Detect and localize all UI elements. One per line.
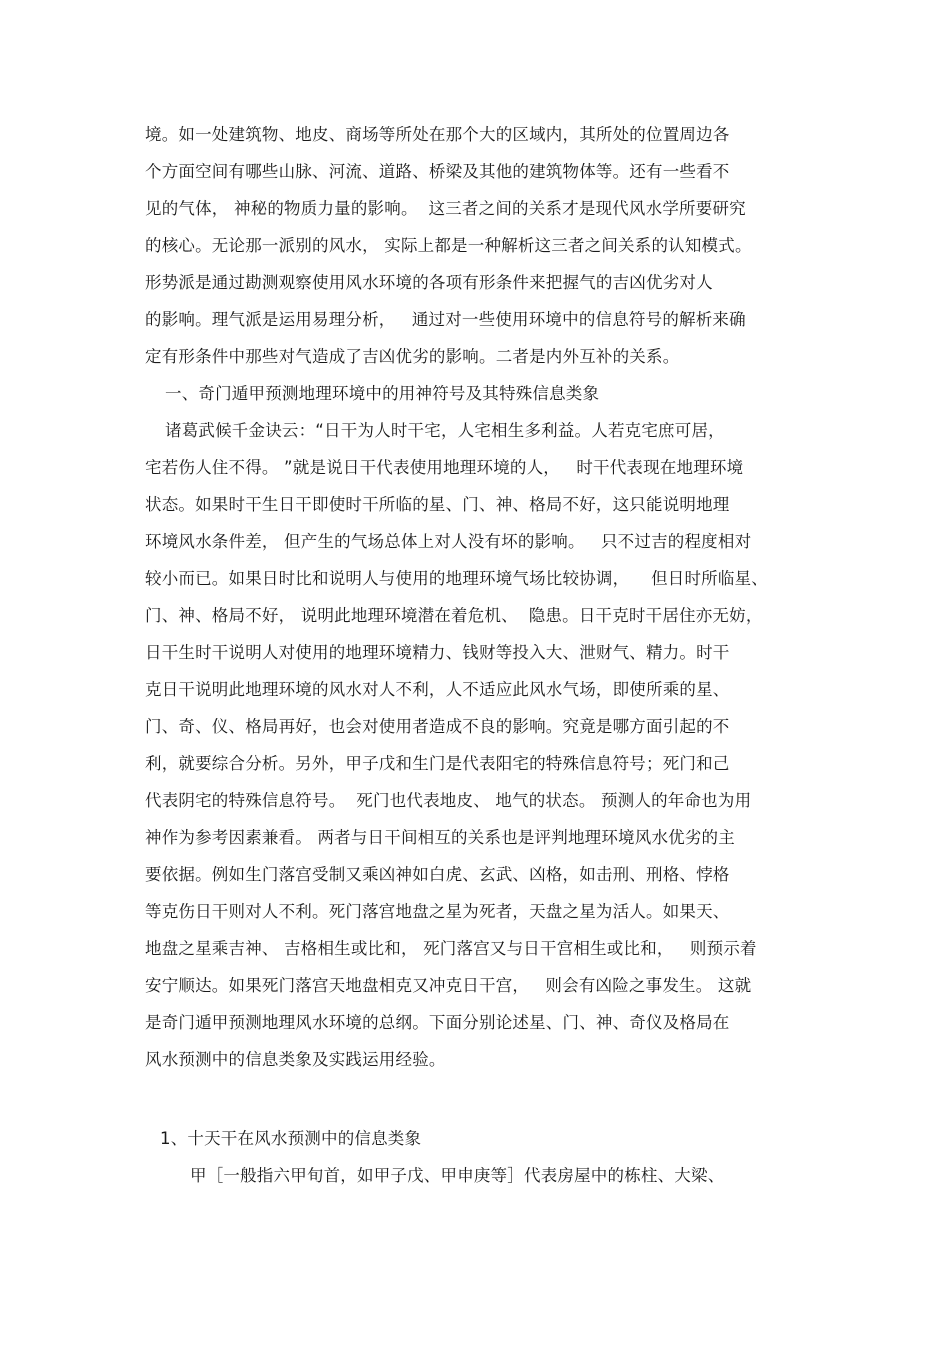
text-line: 地盘之星乘吉神、 吉格相生或比和， 死门落宫又与日干宫相生或比和， 则预示着 (145, 938, 757, 960)
text-line: 神作为参考因素兼看。 两者与日干间相互的关系也是评判地理环境风水优劣的主 (145, 827, 735, 849)
text-line: 日干生时干说明人对使用的地理环境精力、钱财等投入大、泄财气、精力。时干 (145, 642, 730, 664)
text-line: 要依据。例如生门落宫受制又乘凶神如白虎、玄武、凶格，如击刑、刑格、悖格 (145, 864, 730, 886)
text-line: 利，就要综合分析。另外，甲子戊和生门是代表阳宅的特殊信息符号；死门和己 (145, 753, 730, 775)
text-line: 代表阴宅的特殊信息符号。 死门也代表地皮、 地气的状态。 预测人的年命也为用 (145, 790, 751, 812)
text-line: 克日干说明此地理环境的风水对人不利，人不适应此风水气场，即使所乘的星、 (145, 679, 730, 701)
text-line: 的核心。无论那一派别的风水， 实际上都是一种解析这三者之间关系的认知模式。 (145, 235, 752, 257)
text-line: 状态。如果时干生日干即使时干所临的星、门、神、格局不好，这只能说明地理 (145, 494, 730, 516)
text-line: 环境风水条件差， 但产生的气场总体上对人没有坏的影响。 只不过吉的程度相对 (145, 531, 751, 553)
text-line: 见的气体， 神秘的物质力量的影响。 这三者之间的关系才是现代风水学所要研究 (145, 198, 746, 220)
text-line: 宅若伤人住不得。 ”就是说日干代表使用地理环境的人， 时干代表现在地理环境 (145, 457, 743, 479)
text-line: 境。如一处建筑物、地皮、商场等所处在那个大的区域内，其所处的位置周边各 (145, 124, 730, 146)
text-line: 风水预测中的信息类象及实践运用经验。 (145, 1049, 446, 1071)
text-line: 门、神、格局不好， 说明此地理环境潜在着危机、 隐患。日干克时干居住亦无妨， (145, 605, 763, 627)
text-line: 定有形条件中那些对气造成了吉凶优劣的影响。二者是内外互补的关系。 (145, 346, 679, 368)
text-line: 较小而已。如果日时比和说明人与使用的地理环境气场比较协调， 但日时所临星、 (145, 568, 768, 590)
text-line: 形势派是通过勘测观察使用风水环境的各项有形条件来把握气的吉凶优劣对人 (145, 272, 713, 294)
text-line: 安宁顺达。如果死门落宫天地盘相克又冲克日干宫， 则会有凶险之事发生。 这就 (145, 975, 751, 997)
section-heading: 一、奇门遁甲预测地理环境中的用神符号及其特殊信息类象 (165, 383, 599, 405)
text-line: 的影响。理气派是运用易理分析， 通过对一些使用环境中的信息符号的解析来确 (145, 309, 746, 331)
text-line: 是奇门遁甲预测地理风水环境的总纲。下面分别论述星、门、神、奇仪及格局在 (145, 1012, 730, 1034)
text-line: 甲［一般指六甲旬首，如甲子戊、甲申庚等］代表房屋中的栋柱、大梁、 (190, 1165, 724, 1187)
section-heading: 1、十天干在风水预测中的信息类象 (160, 1128, 421, 1150)
text-line: 门、奇、仪、格局再好，也会对使用者造成不良的影响。究竟是哪方面引起的不 (145, 716, 730, 738)
text-line: 诸葛武候千金诀云：“日干为人时干宅，人宅相生多利益。人若克宅庶可居， (165, 420, 725, 442)
text-line: 个方面空间有哪些山脉、河流、道路、桥梁及其他的建筑物体等。还有一些看不 (145, 161, 730, 183)
text-line: 等克伤日干则对人不利。死门落宫地盘之星为死者，天盘之星为活人。如果天、 (145, 901, 730, 923)
